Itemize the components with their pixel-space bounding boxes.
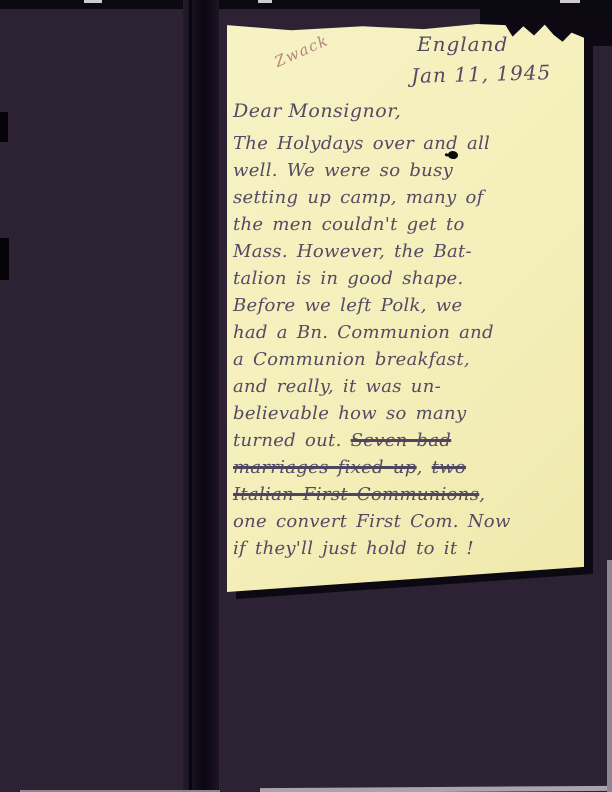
- binder-notch: [0, 238, 9, 280]
- struck-text: Italian First Communions: [233, 484, 479, 505]
- handwritten-line: Mass. However, the Bat-: [233, 238, 581, 265]
- struck-text: marriages fixed up: [233, 457, 417, 478]
- handwritten-line: one convert First Com. Now: [233, 508, 581, 535]
- letter-salutation: Dear Monsignor,: [233, 100, 401, 122]
- letter-body: The Holydays over and allwell. We were s…: [233, 130, 581, 562]
- scan-edge-chip: [560, 0, 580, 3]
- pencil-annotation: Zwack: [272, 31, 332, 71]
- scan-edge-right: [607, 560, 612, 792]
- letter-place: England: [417, 32, 508, 56]
- handwritten-line: Italian First Communions,: [233, 481, 581, 508]
- handwritten-line: a Communion breakfast,: [233, 346, 581, 373]
- handwritten-line: the men couldn't get to: [233, 211, 581, 238]
- binder-notch: [0, 112, 8, 142]
- handwritten-line: if they'll just hold to it !: [233, 535, 581, 562]
- handwritten-line: well. We were so busy: [233, 157, 581, 184]
- handwritten-line: believable how so many: [233, 400, 581, 427]
- scan-edge-chip: [84, 0, 102, 3]
- album-gutter-line: [189, 0, 192, 792]
- struck-text: two: [432, 457, 466, 478]
- handwritten-line: The Holydays over and all: [233, 130, 581, 157]
- handwritten-line: turned out. Seven bad: [233, 427, 581, 454]
- handwritten-line: setting up camp, many of: [233, 184, 581, 211]
- handwritten-line: and really, it was un-: [233, 373, 581, 400]
- struck-text: Seven bad: [351, 430, 452, 451]
- letter-paper-wrap: Zwack England Jan 11, 1945 Dear Monsigno…: [227, 20, 584, 592]
- scan-edge-bottom: [260, 786, 612, 792]
- handwritten-line: marriages fixed up, two: [233, 454, 581, 481]
- letter-page: Zwack England Jan 11, 1945 Dear Monsigno…: [227, 20, 584, 592]
- scan-edge-chip: [258, 0, 272, 3]
- handwritten-line: had a Bn. Communion and: [233, 319, 581, 346]
- letter-date: Jan 11, 1945: [411, 60, 552, 88]
- handwritten-line: Before we left Polk, we: [233, 292, 581, 319]
- handwritten-line: talion is in good shape.: [233, 265, 581, 292]
- album-page-scan: Zwack England Jan 11, 1945 Dear Monsigno…: [0, 0, 612, 792]
